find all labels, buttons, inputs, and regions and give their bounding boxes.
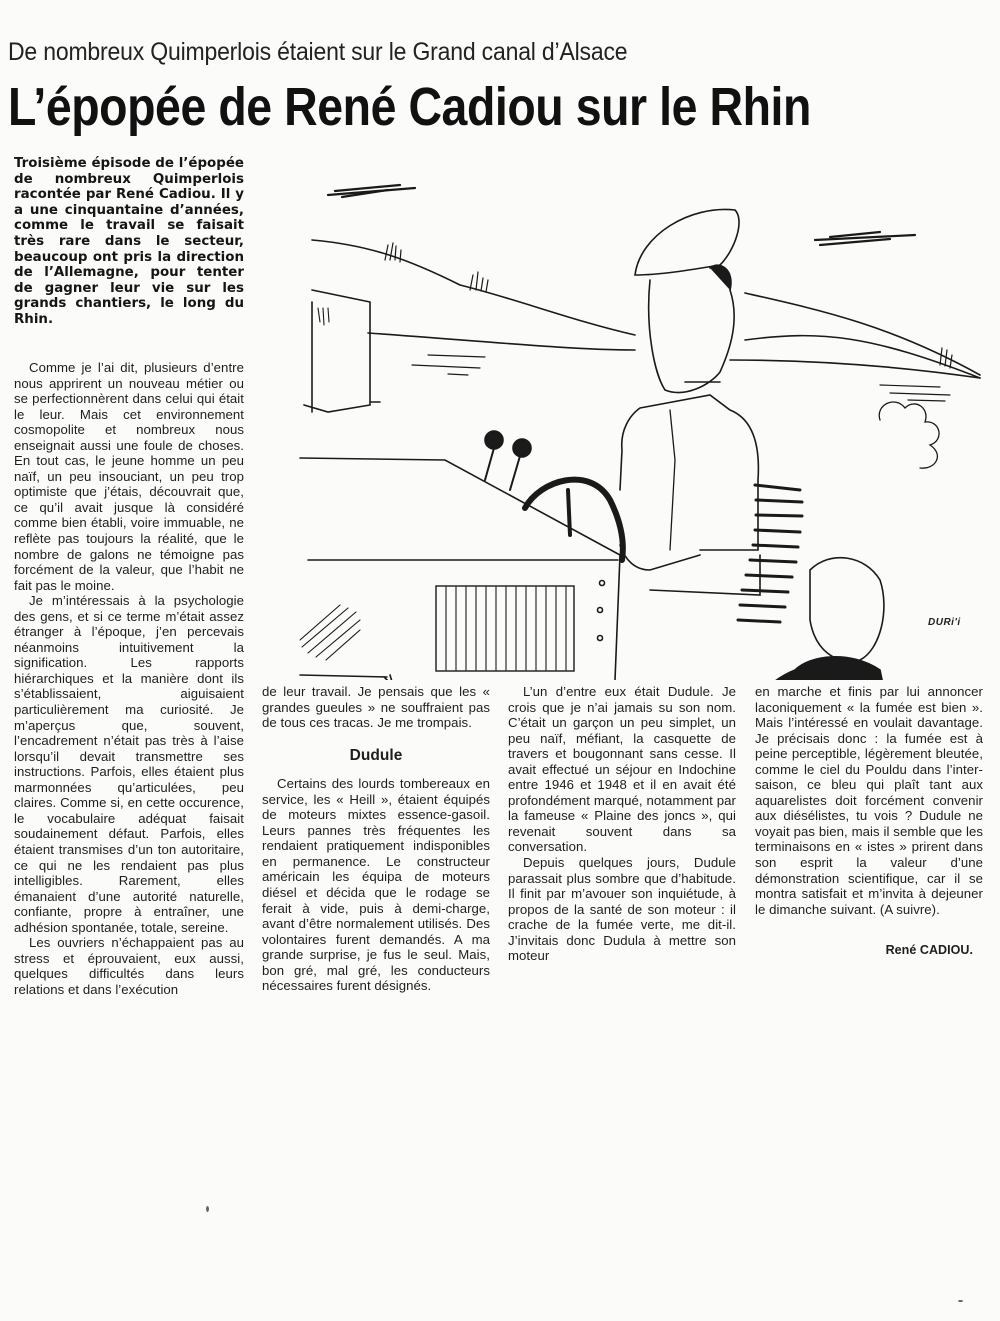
article-headline: L’épopée de René Cadiou sur le Rhin: [8, 76, 811, 138]
sky-hatch-icon: [328, 185, 915, 245]
article-column-4: en marche et finis par lui annoncer laco…: [755, 684, 983, 959]
body-paragraph: Les ouvriers n’échappaient pas au stress…: [14, 935, 244, 997]
scan-speck: [206, 1206, 209, 1212]
scan-speck: [958, 1300, 963, 1302]
section-subheading: Dudule: [262, 748, 490, 764]
body-paragraph: en marche et finis par lui annoncer laco…: [755, 684, 983, 917]
article-illustration: [290, 150, 990, 680]
article-column-2: de leur travail. Je pensais que les « gr…: [262, 684, 490, 994]
body-paragraph: de leur travail. Je pensais que les « gr…: [262, 684, 490, 731]
body-paragraph: Comme je l’ai dit, plusieurs d’entre nou…: [14, 360, 244, 593]
author-byline: René CADIOU.: [755, 943, 983, 959]
illustration-artist-signature: DURi'i: [928, 617, 961, 628]
article-kicker: De nombreux Quimperlois étaient sur le G…: [8, 38, 627, 67]
body-paragraph: Certains des lourds tombereaux en servic…: [262, 776, 490, 994]
body-paragraph: Depuis quelques jours, Dudule parassait …: [508, 855, 736, 964]
body-paragraph: Je m’intéressais à la psychologie des ge…: [14, 593, 244, 935]
article-column-3: L’un d’entre eux était Dudule. Je crois …: [508, 684, 736, 964]
body-paragraph: L’un d’entre eux était Dudule. Je crois …: [508, 684, 736, 855]
article-column-1: Comme je l’ai dit, plusieurs d’entre nou…: [14, 360, 244, 997]
illustration-drawing: [290, 150, 990, 680]
article-lead-paragraph: Troisième épisode de l’épopée de nombreu…: [14, 156, 244, 328]
